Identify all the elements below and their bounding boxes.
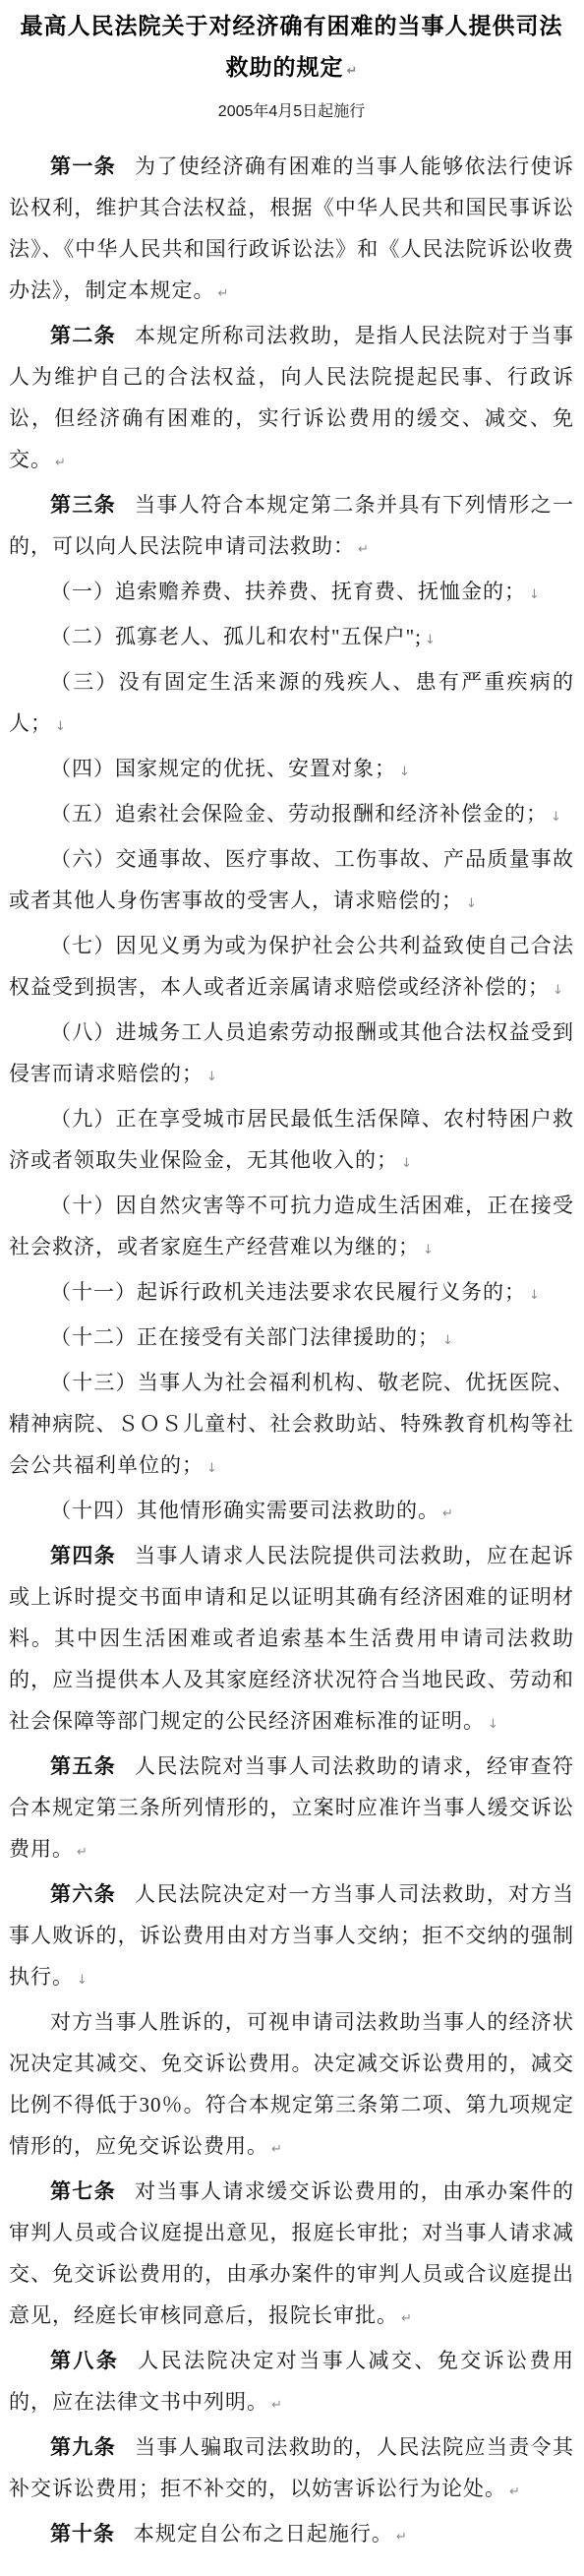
- line-break-mark-icon: ↓: [401, 1143, 412, 1185]
- line-break-mark-icon: ↓: [425, 620, 436, 661]
- title-text: 最高人民法院关于对经济确有困难的当事人提供司法救助的规定: [21, 14, 563, 80]
- paragraph: 第六条人民法院决定对一方当事人司法救助，对方当事人败诉的，诉讼费用由对方当事人交…: [9, 1873, 574, 2001]
- paragraph: 对方当事人胜诉的，可视申请司法救助当事人的经济状况决定其减交、免交诉讼费用。决定…: [9, 2001, 574, 2171]
- paragraph: 第四条当事人请求人民法院提供司法救助，应在起诉或上诉时提交书面申请和足以证明其确…: [9, 1535, 574, 1746]
- paragraph: 第八条人民法院决定对当事人减交、免交诉讼费用的，应在法律文书中列明。↵: [9, 2340, 574, 2426]
- body-text: （十）因自然灾害等不可抗力造成生活困难，正在接受社会救济，或者家庭生产经营难以为…: [9, 1194, 574, 1258]
- list-item: （一）追索赡养费、扶养费、抚育费、抚恤金的；↓: [9, 571, 574, 616]
- body-text: 对方当事人胜诉的，可视申请司法救助当事人的经济状况决定其减交、免交诉讼费用。决定…: [9, 2010, 574, 2158]
- article-number: 第三条: [50, 493, 116, 517]
- article-number: 第五条: [50, 1754, 116, 1778]
- body-text: （九）正在享受城市居民最低生活保障、农村特困户救济或者领取失业保险金，无其他收入…: [9, 1107, 574, 1172]
- list-item: （四）国家规定的优抚、安置对象；↓: [9, 748, 574, 793]
- paragraph: 第三条当事人符合本规定第二条并具有下列情形之一的，可以向人民法院申请司法救助：↵: [9, 484, 574, 571]
- body-text: 2005年4月5日起施行: [218, 103, 365, 120]
- body-text: （二）孤寡老人、孤儿和农村"五保户";: [50, 625, 422, 648]
- article-number: 第六条: [50, 1882, 116, 1906]
- paragraph-mark-icon: ↵: [442, 1494, 453, 1535]
- body-text: （三）没有固定生活来源的残疾人、患有严重疾病的人；: [9, 670, 574, 735]
- paragraph: 第十条本规定自公布之日起施行。↵: [9, 2513, 574, 2558]
- list-item: （九）正在享受城市居民最低生活保障、农村特困户救济或者领取失业保险金，无其他收入…: [9, 1098, 574, 1185]
- line-break-mark-icon: ↓: [488, 1704, 498, 1746]
- paragraph: 第七条对当事人请求缓交诉讼费用的，由承办案件的审判人员或合议庭提出意见，报庭长审…: [9, 2171, 574, 2340]
- body-text: （十一）起诉行政机关违法要求农民履行义务的；: [50, 1280, 526, 1304]
- paragraph-mark-icon: ↵: [509, 2472, 520, 2513]
- paragraph-mark-icon: ↵: [77, 1832, 88, 1873]
- line-break-mark-icon: ↓: [551, 797, 561, 838]
- body-text: （十二）正在接受有关部门法律援助的；: [50, 1325, 439, 1349]
- document-title: 最高人民法院关于对经济确有困难的当事人提供司法救助的规定↵: [9, 6, 574, 92]
- line-break-mark-icon: ↓: [77, 1960, 88, 2001]
- list-item: （十三）当事人为社会福利机构、敬老院、优抚医院、精神病院、ＳＯＳ儿童村、社会救助…: [9, 1362, 574, 1490]
- list-item: （十二）正在接受有关部门法律援助的；↓: [9, 1317, 574, 1362]
- article-number: 第一条: [50, 154, 116, 178]
- list-item: （七）因见义勇为或为保护社会公共利益致使自己合法权益受到损害，本人或者近亲属请求…: [9, 925, 574, 1012]
- paragraph-mark-icon: ↵: [396, 2517, 407, 2558]
- paragraph-mark-icon: ↵: [358, 529, 369, 571]
- effective-date: 2005年4月5日起施行: [9, 92, 574, 132]
- line-break-mark-icon: ↓: [529, 1275, 540, 1317]
- article-number: 第七条: [50, 2179, 116, 2203]
- article-number: 第九条: [50, 2435, 116, 2459]
- article-number: 第二条: [50, 324, 116, 347]
- document-page: 最高人民法院关于对经济确有困难的当事人提供司法救助的规定↵2005年4月5日起施…: [0, 0, 584, 2576]
- paragraph-mark-icon: ↵: [271, 2385, 282, 2426]
- paragraph-mark-icon: ↵: [271, 2129, 282, 2171]
- body-text: （八）进城务工人员追索劳动报酬或其他合法权益受到侵害而请求赔偿的；: [9, 1020, 574, 1085]
- list-item: （十四）其他情形确实需要司法救助的。↵: [9, 1490, 574, 1535]
- line-break-mark-icon: ↓: [442, 1320, 453, 1362]
- line-break-mark-icon: ↓: [553, 970, 563, 1012]
- line-break-mark-icon: ↓: [466, 884, 477, 925]
- body-text: （七）因见义勇为或为保护社会公共利益致使自己合法权益受到损害，本人或者近亲属请求…: [9, 934, 574, 999]
- line-break-mark-icon: ↓: [529, 575, 540, 616]
- list-item: （八）进城务工人员追索劳动报酬或其他合法权益受到侵害而请求赔偿的；↓: [9, 1012, 574, 1098]
- paragraph-mark-icon: ↵: [347, 51, 358, 92]
- body-text: 本规定自公布之日起施行。: [134, 2522, 393, 2545]
- paragraph: 第九条当事人骗取司法救助的，人民法院应当责令其补交诉讼费用；拒不补交的，以妨害诉…: [9, 2426, 574, 2513]
- body-text: （十四）其他情形确实需要司法救助的。: [50, 1499, 439, 1522]
- body-text: （六）交通事故、医疗事故、工伤事故、产品质量事故或者其他人身伤害事故的受害人，请…: [9, 847, 574, 912]
- list-item: （十一）起诉行政机关违法要求农民履行义务的；↓: [9, 1271, 574, 1317]
- body-text: （一）追索赡养费、扶养费、抚育费、抚恤金的；: [50, 580, 526, 603]
- line-break-mark-icon: ↓: [55, 706, 66, 748]
- paragraph: 第五条人民法院对当事人司法救助的请求，经审查符合本规定第三条所列情形的，立案时应…: [9, 1746, 574, 1873]
- line-break-mark-icon: ↓: [399, 752, 410, 793]
- paragraph-mark-icon: ↵: [401, 2299, 412, 2340]
- list-item: （三）没有固定生活来源的残疾人、患有严重疾病的人；↓: [9, 661, 574, 748]
- body-text: （四）国家规定的优抚、安置对象；: [50, 757, 396, 780]
- line-break-mark-icon: ↓: [206, 1448, 217, 1490]
- body-text: （十三）当事人为社会福利机构、敬老院、优抚医院、精神病院、ＳＯＳ儿童村、社会救助…: [9, 1371, 574, 1477]
- paragraph: 第二条本规定所称司法救助，是指人民法院对于当事人为维护自己的合法权益，向人民法院…: [9, 315, 574, 484]
- body-text: （五）追索社会保险金、劳动报酬和经济补偿金的；: [50, 802, 548, 826]
- paragraph-mark-icon: ↵: [55, 443, 66, 484]
- article-number: 第十条: [50, 2522, 115, 2545]
- paragraph-mark-icon: ↵: [218, 274, 229, 315]
- line-break-mark-icon: ↓: [423, 1230, 434, 1271]
- list-item: （六）交通事故、医疗事故、工伤事故、产品质量事故或者其他人身伤害事故的受害人，请…: [9, 838, 574, 925]
- article-number: 第八条: [50, 2349, 119, 2372]
- list-item: （十）因自然灾害等不可抗力造成生活困难，正在接受社会救济，或者家庭生产经营难以为…: [9, 1185, 574, 1271]
- article-number: 第四条: [50, 1544, 116, 1567]
- list-item: （二）孤寡老人、孤儿和农村"五保户";↓: [9, 616, 574, 661]
- list-item: （五）追索社会保险金、劳动报酬和经济补偿金的；↓: [9, 793, 574, 838]
- line-break-mark-icon: ↓: [206, 1057, 217, 1098]
- paragraph: 第一条为了使经济确有困难的当事人能够依法行使诉讼权利，维护其合法权益，根据《中华…: [9, 146, 574, 315]
